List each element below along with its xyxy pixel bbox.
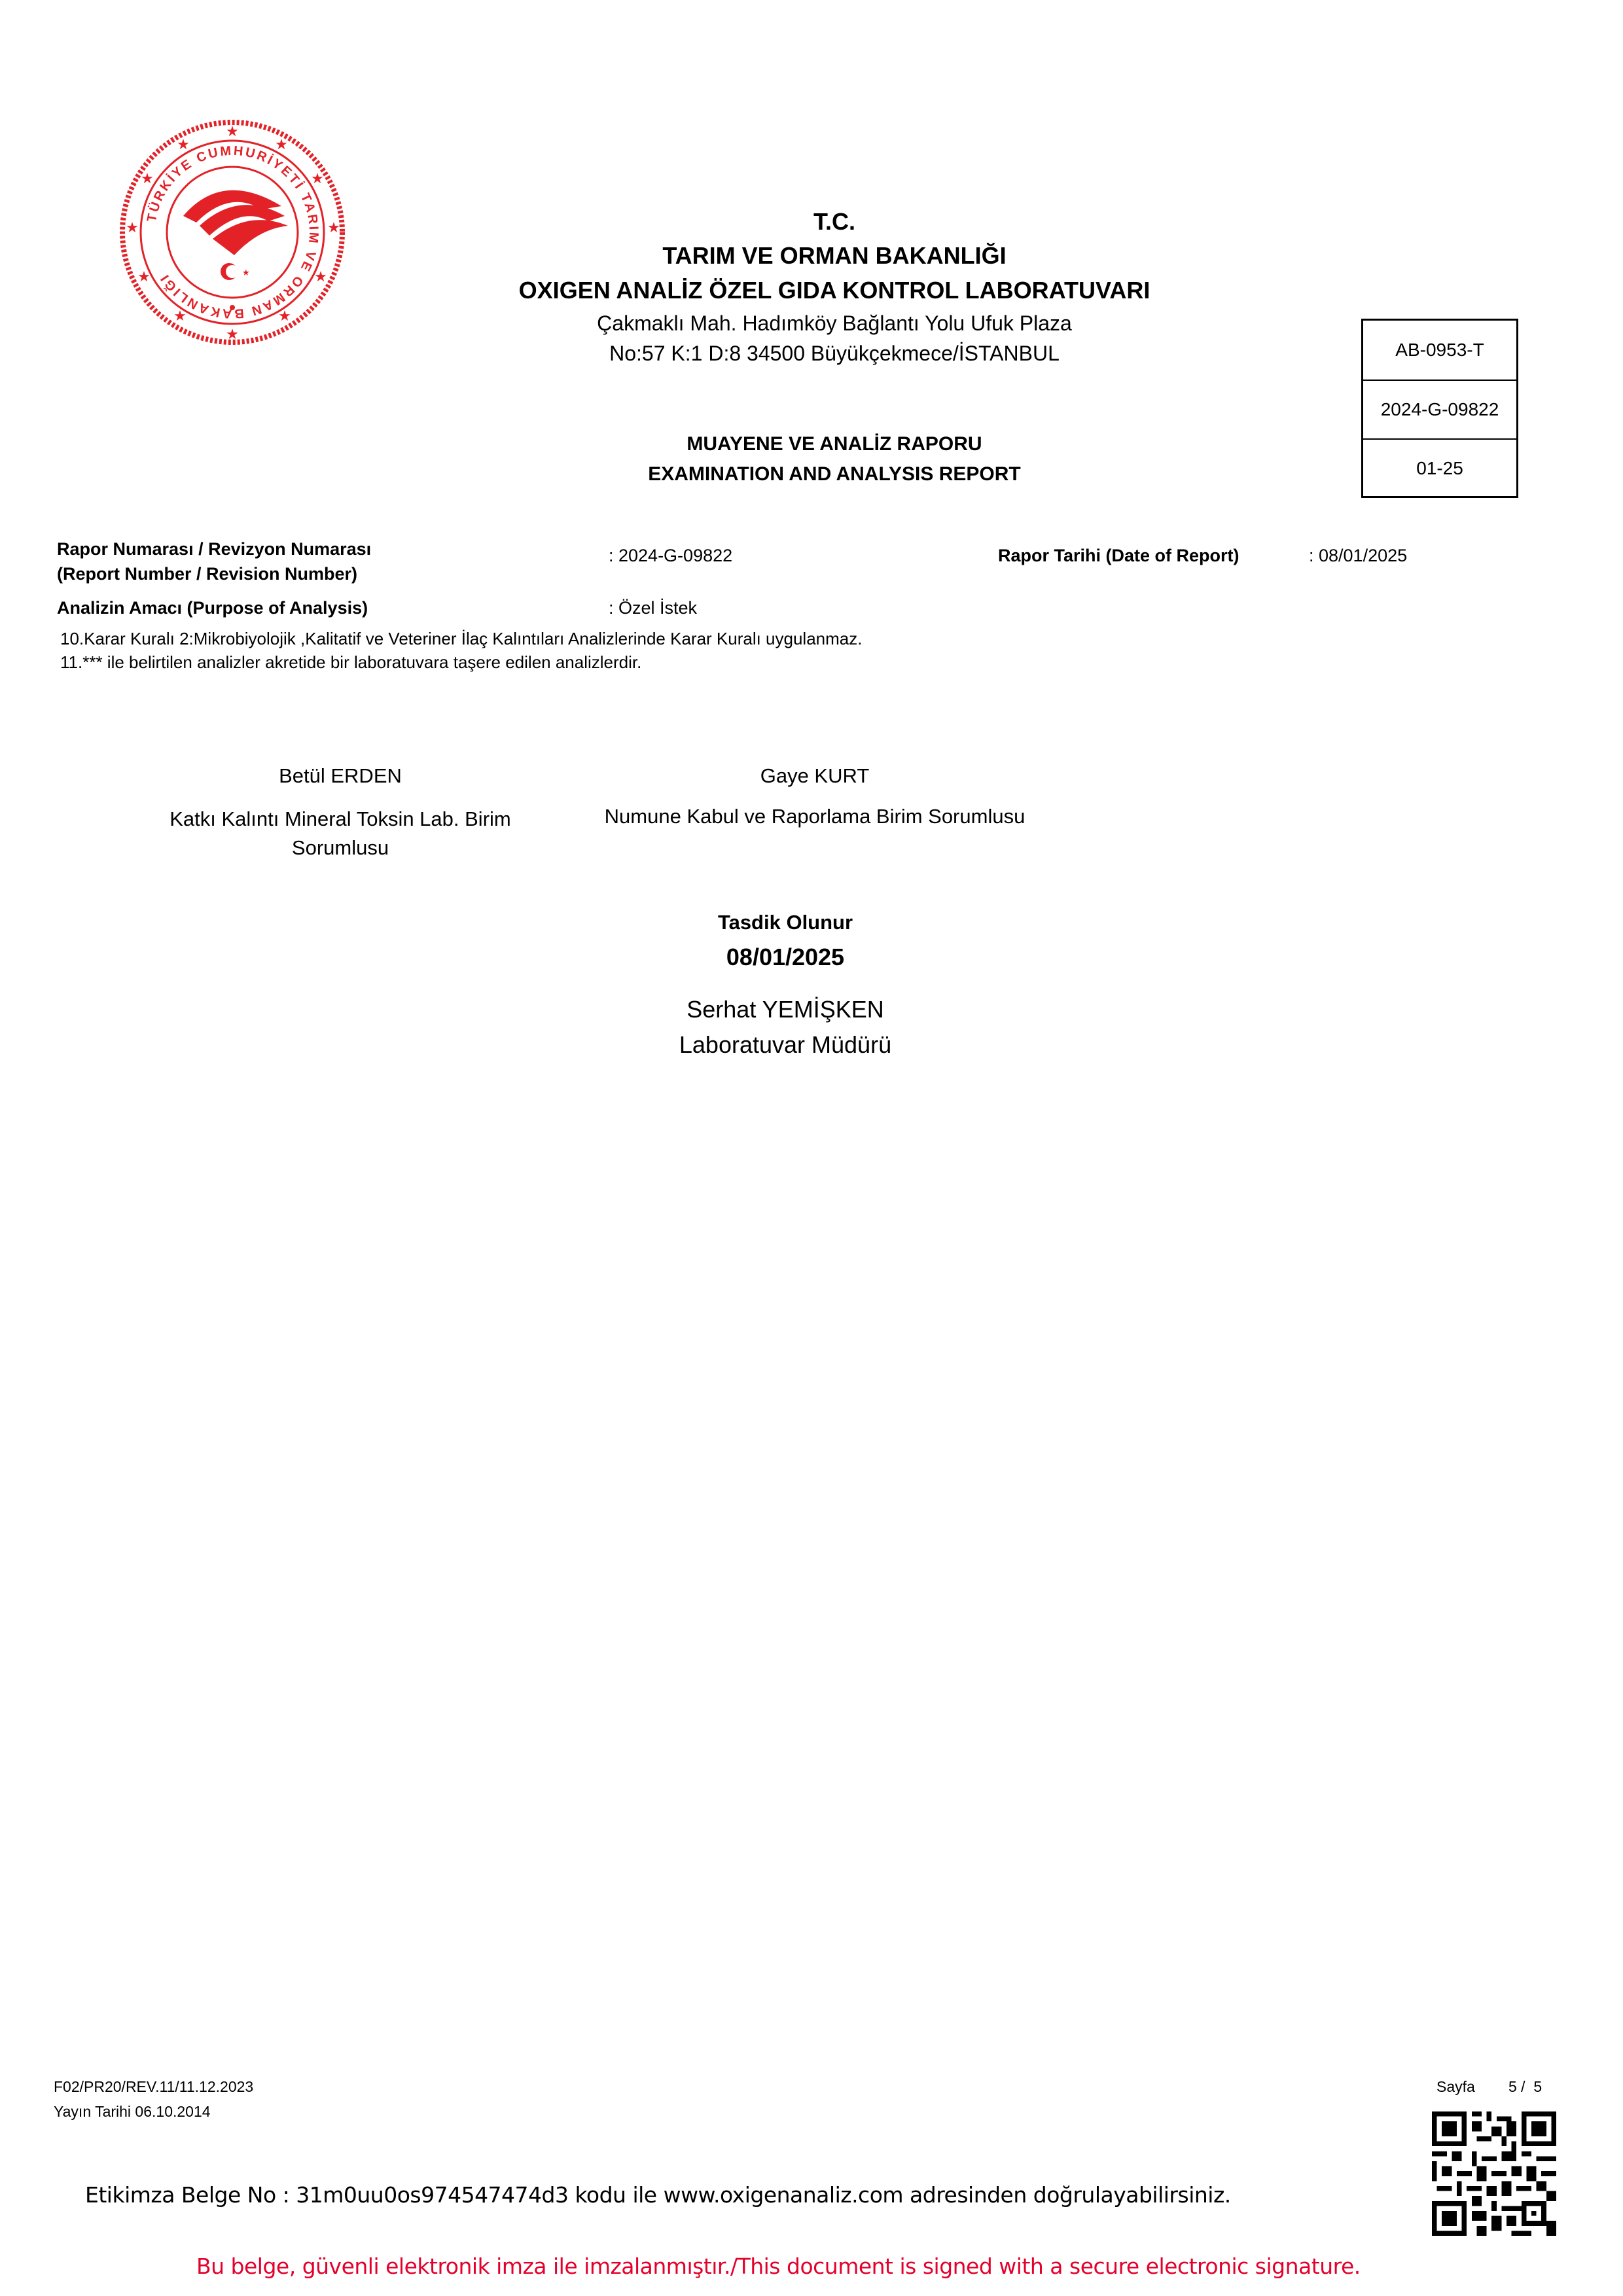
- header-lab-name: OXIGEN ANALİZ ÖZEL GIDA KONTROL LABORATU…: [458, 277, 1211, 304]
- purpose-label: Analizin Amacı (Purpose of Analysis): [57, 595, 368, 620]
- revision-code: 01-25: [1363, 438, 1516, 497]
- publish-date: Yayın Tarihi 06.10.2014: [54, 2103, 211, 2121]
- report-date-label: Rapor Tarihi (Date of Report): [998, 543, 1240, 568]
- report-number-label-tr: Rapor Numarası / Revizyon Numarası: [57, 537, 371, 561]
- report-number-label: Rapor Numarası / Revizyon Numarası (Repo…: [57, 537, 371, 586]
- svg-text:★: ★: [137, 269, 151, 285]
- header-ministry: TARIM VE ORMAN BAKANLIĞI: [458, 242, 1211, 270]
- report-title-tr: MUAYENE VE ANALİZ RAPORU: [458, 433, 1211, 455]
- approval-date: 08/01/2025: [589, 944, 982, 971]
- svg-text:★: ★: [275, 137, 288, 153]
- report-date-value: : 08/01/2025: [1309, 543, 1407, 568]
- header-address-line1: Çakmaklı Mah. Hadımköy Bağlantı Yolu Ufu…: [458, 311, 1211, 336]
- svg-text:★: ★: [242, 268, 250, 278]
- secure-signature-notice: Bu belge, güvenli elektronik imza ile im…: [196, 2253, 1361, 2279]
- accreditation-code: AB-0953-T: [1363, 321, 1516, 380]
- signatory-1-name: Betül ERDEN: [144, 764, 537, 788]
- svg-text:★: ★: [141, 171, 154, 187]
- svg-text:★: ★: [314, 269, 327, 285]
- report-title-en: EXAMINATION AND ANALYSIS REPORT: [458, 463, 1211, 486]
- svg-text:★: ★: [173, 308, 187, 325]
- report-number-box: 2024-G-09822: [1363, 380, 1516, 438]
- header-address-line2: No:57 K:1 D:8 34500 Büyükçekmece/İSTANBU…: [458, 342, 1211, 366]
- svg-text:★: ★: [278, 308, 291, 325]
- header-tc: T.C.: [458, 208, 1211, 236]
- svg-text:★: ★: [226, 124, 239, 140]
- approver-name: Serhat YEMİŞKEN: [589, 996, 982, 1023]
- page-number: 5 / 5: [1508, 2078, 1542, 2096]
- report-number-label-en: (Report Number / Revision Number): [57, 561, 371, 586]
- svg-text:★: ★: [226, 327, 239, 343]
- report-number-value: : 2024-G-09822: [609, 543, 732, 568]
- signatory-1-title: Katkı Kalıntı Mineral Toksin Lab. Birim …: [144, 805, 537, 862]
- approval-label: Tasdik Olunur: [589, 911, 982, 934]
- report-code-box: AB-0953-T 2024-G-09822 01-25: [1361, 319, 1518, 498]
- svg-text:★: ★: [327, 220, 340, 236]
- svg-text:★: ★: [177, 137, 190, 153]
- ministry-seal-icon: TÜRKİYE CUMHURİYETİ TARIM VE ORMAN BAKAN…: [118, 118, 347, 347]
- note-decision-rule: 10.Karar Kuralı 2:Mikrobiyolojik ,Kalita…: [60, 627, 862, 650]
- svg-text:★: ★: [126, 220, 139, 236]
- note-subcontracted: 11.*** ile belirtilen analizler akretide…: [60, 650, 641, 674]
- esignature-verification-text: Etikimza Belge No : 31m0uu0os974547474d3…: [85, 2182, 1231, 2208]
- signatory-2-title: Numune Kabul ve Raporlama Birim Sorumlus…: [569, 805, 1060, 828]
- approver-title: Laboratuvar Müdürü: [589, 1031, 982, 1059]
- qr-code-icon[interactable]: [1432, 2111, 1556, 2236]
- signatory-2-name: Gaye KURT: [569, 764, 1060, 788]
- page-label: Sayfa: [1436, 2078, 1475, 2096]
- form-code: F02/PR20/REV.11/11.12.2023: [54, 2078, 253, 2096]
- purpose-value: : Özel İstek: [609, 595, 697, 620]
- svg-text:★: ★: [311, 171, 324, 187]
